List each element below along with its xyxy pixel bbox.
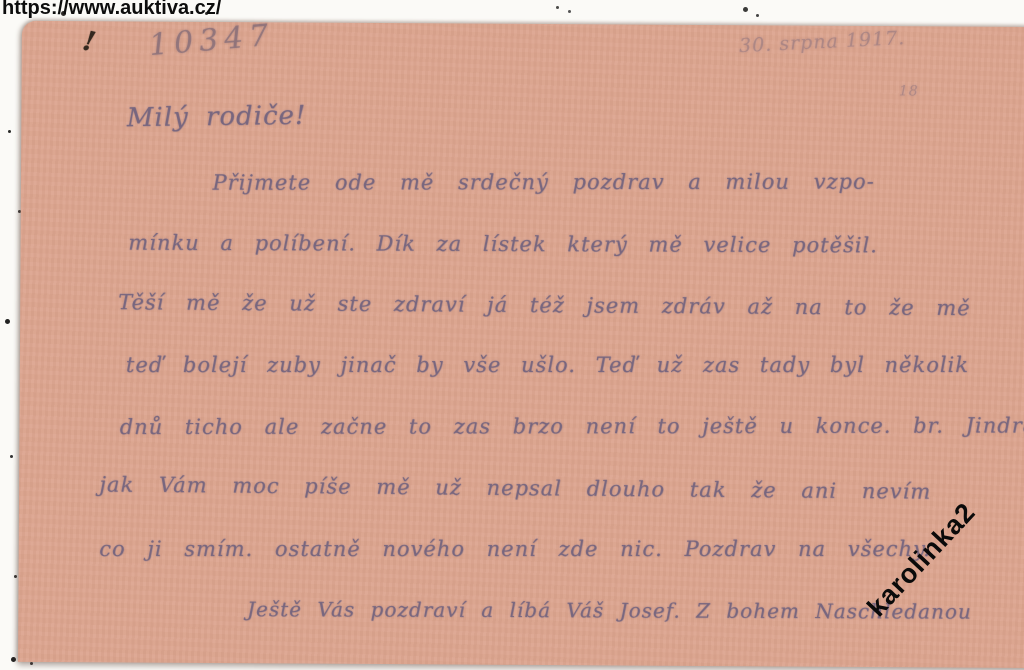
handwriting-layer: ! 10347 30. srpna 1917. 18 Milý rodiče! …	[0, 0, 1024, 670]
salutation: Milý rodiče!	[127, 101, 307, 134]
body-line: Těší mě že už ste zdraví já též jsem zdr…	[118, 290, 971, 320]
body-line: teď bolejí zuby jinač by vše ušlo. Teď u…	[126, 353, 969, 377]
body-line: dnů ticho ale začne to zas brzo není to …	[120, 413, 1024, 439]
body-line: jak Vám moc píše mě už nepsal dlouho tak…	[99, 472, 931, 503]
body-line: co ji smím. ostatně nového není zde nic.…	[99, 537, 931, 561]
catalog-number: 10347	[148, 18, 276, 63]
pencil-mark: !	[80, 26, 99, 59]
body-line: Přijmete ode mě srdečný pozdrav a milou …	[213, 170, 875, 195]
body-line: mínku a políbení. Dík za lístek který mě…	[128, 231, 878, 258]
date-line: 30. srpna 1917.	[739, 27, 906, 57]
auction-site-watermark: https://www.auktiva.cz/	[2, 0, 221, 20]
date-note: 18	[899, 83, 919, 99]
